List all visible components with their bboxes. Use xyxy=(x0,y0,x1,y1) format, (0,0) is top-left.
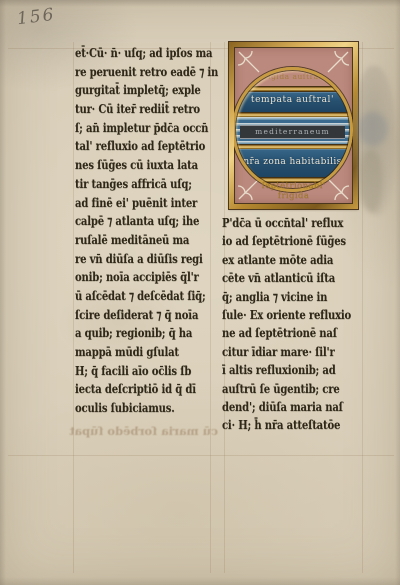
manuscript-page: 156 et̄·Cū· n̄· uſq; ad ipſos mare perue… xyxy=(0,0,400,585)
text-line: calpē ⁊ atlanta uſq; ihe xyxy=(75,212,218,231)
text-line: cēte vn̄ atlanticū iſta xyxy=(222,269,351,287)
text-line: tur· Cū iter̄ rediit̄ retro xyxy=(75,100,218,119)
text-line: H; q̄ facili aīo oc̄lis ſb xyxy=(75,362,218,381)
text-line: ex atlante mōte adia xyxy=(222,251,351,269)
ruling-line xyxy=(8,455,394,456)
text-line: a quib; regionib; q̄ ha xyxy=(75,324,218,343)
text-line: gurgitat̄ impletq̄; exple xyxy=(75,81,218,100)
text-line: P'dc̄a ū occn̄tal' reflux xyxy=(222,214,351,232)
text-line: et̄·Cū· n̄· uſq; ad ipſos ma xyxy=(75,44,218,63)
text-line: ruſalē meditāneū ma xyxy=(75,231,218,250)
bleedthrough-text: cū maria ſorbēdo ſūpat xyxy=(78,424,218,438)
text-line: iecta deſcriptiō id q̄ dī xyxy=(75,380,218,399)
text-line: dend'; diūſa maria naſ xyxy=(222,398,351,416)
text-line: q̄; anglia ⁊ vicine in xyxy=(222,288,351,306)
text-line: ſ; an̄ impletur p̄dc̄a occn̄ xyxy=(75,119,218,138)
text-line: tir tanḡes affricā uſq; xyxy=(75,175,218,194)
text-line: auſtrū ſe ūgentib; cre xyxy=(222,380,351,398)
text-line: oculis ſubiciamus. xyxy=(75,399,218,418)
text-line: ci· H; h̄ nr̄a atteſtatōe xyxy=(222,416,351,434)
text-line: tal' refluxio ad ſeptētrio xyxy=(75,137,218,156)
text-line: re vn̄ diūſa a diūſis regi xyxy=(75,250,218,269)
text-line: ſcire deſiderat ⁊ q̄ noīa xyxy=(75,306,218,325)
text-line: ad finē ei' puēnit inter xyxy=(75,194,218,213)
ruling-line xyxy=(73,42,74,573)
gold-frame: frigida auſtral' tempata auſtral' medite… xyxy=(229,42,358,209)
right-text-column: P'dc̄a ū occn̄tal' refluxio ad ſeptētrio… xyxy=(222,214,351,435)
folio-number: 156 xyxy=(16,5,57,30)
text-line: ī altis refluxionib; ad xyxy=(222,361,351,379)
text-line: ne ad ſeptētrionē naſ xyxy=(222,324,351,342)
text-line: onib; noīa accipiēs q̄l'r xyxy=(75,268,218,287)
north-frigid-line2: frigida xyxy=(234,192,353,202)
diagram-inner: frigida auſtral' tempata auſtral' medite… xyxy=(234,47,353,204)
text-line: nes ſūḡes cū iuxta lata xyxy=(75,156,218,175)
left-text-column: et̄·Cū· n̄· uſq; ad ipſos mare peruenit … xyxy=(75,44,218,418)
zonal-map-diagram: frigida auſtral' tempata auſtral' medite… xyxy=(229,42,358,209)
text-line: re peruenit retro eadē ⁊ in xyxy=(75,63,218,82)
zone-label-north-frigid: ſeptētrionabl' frigida xyxy=(234,182,353,201)
text-line: io ad ſeptētrionē ſūḡes xyxy=(222,232,351,250)
offset-stain xyxy=(359,150,383,212)
text-line: ſule· Ex oriente refluxio xyxy=(222,306,351,324)
text-line: ū aſcēdat ⁊ deſcēdat ſiq̄; xyxy=(75,287,218,306)
text-line: mappā mūdi gſulat xyxy=(75,343,218,362)
text-line: citur īdiar mare· ſil'r xyxy=(222,343,351,361)
circle-ring xyxy=(234,67,353,192)
offset-stain xyxy=(358,112,388,146)
